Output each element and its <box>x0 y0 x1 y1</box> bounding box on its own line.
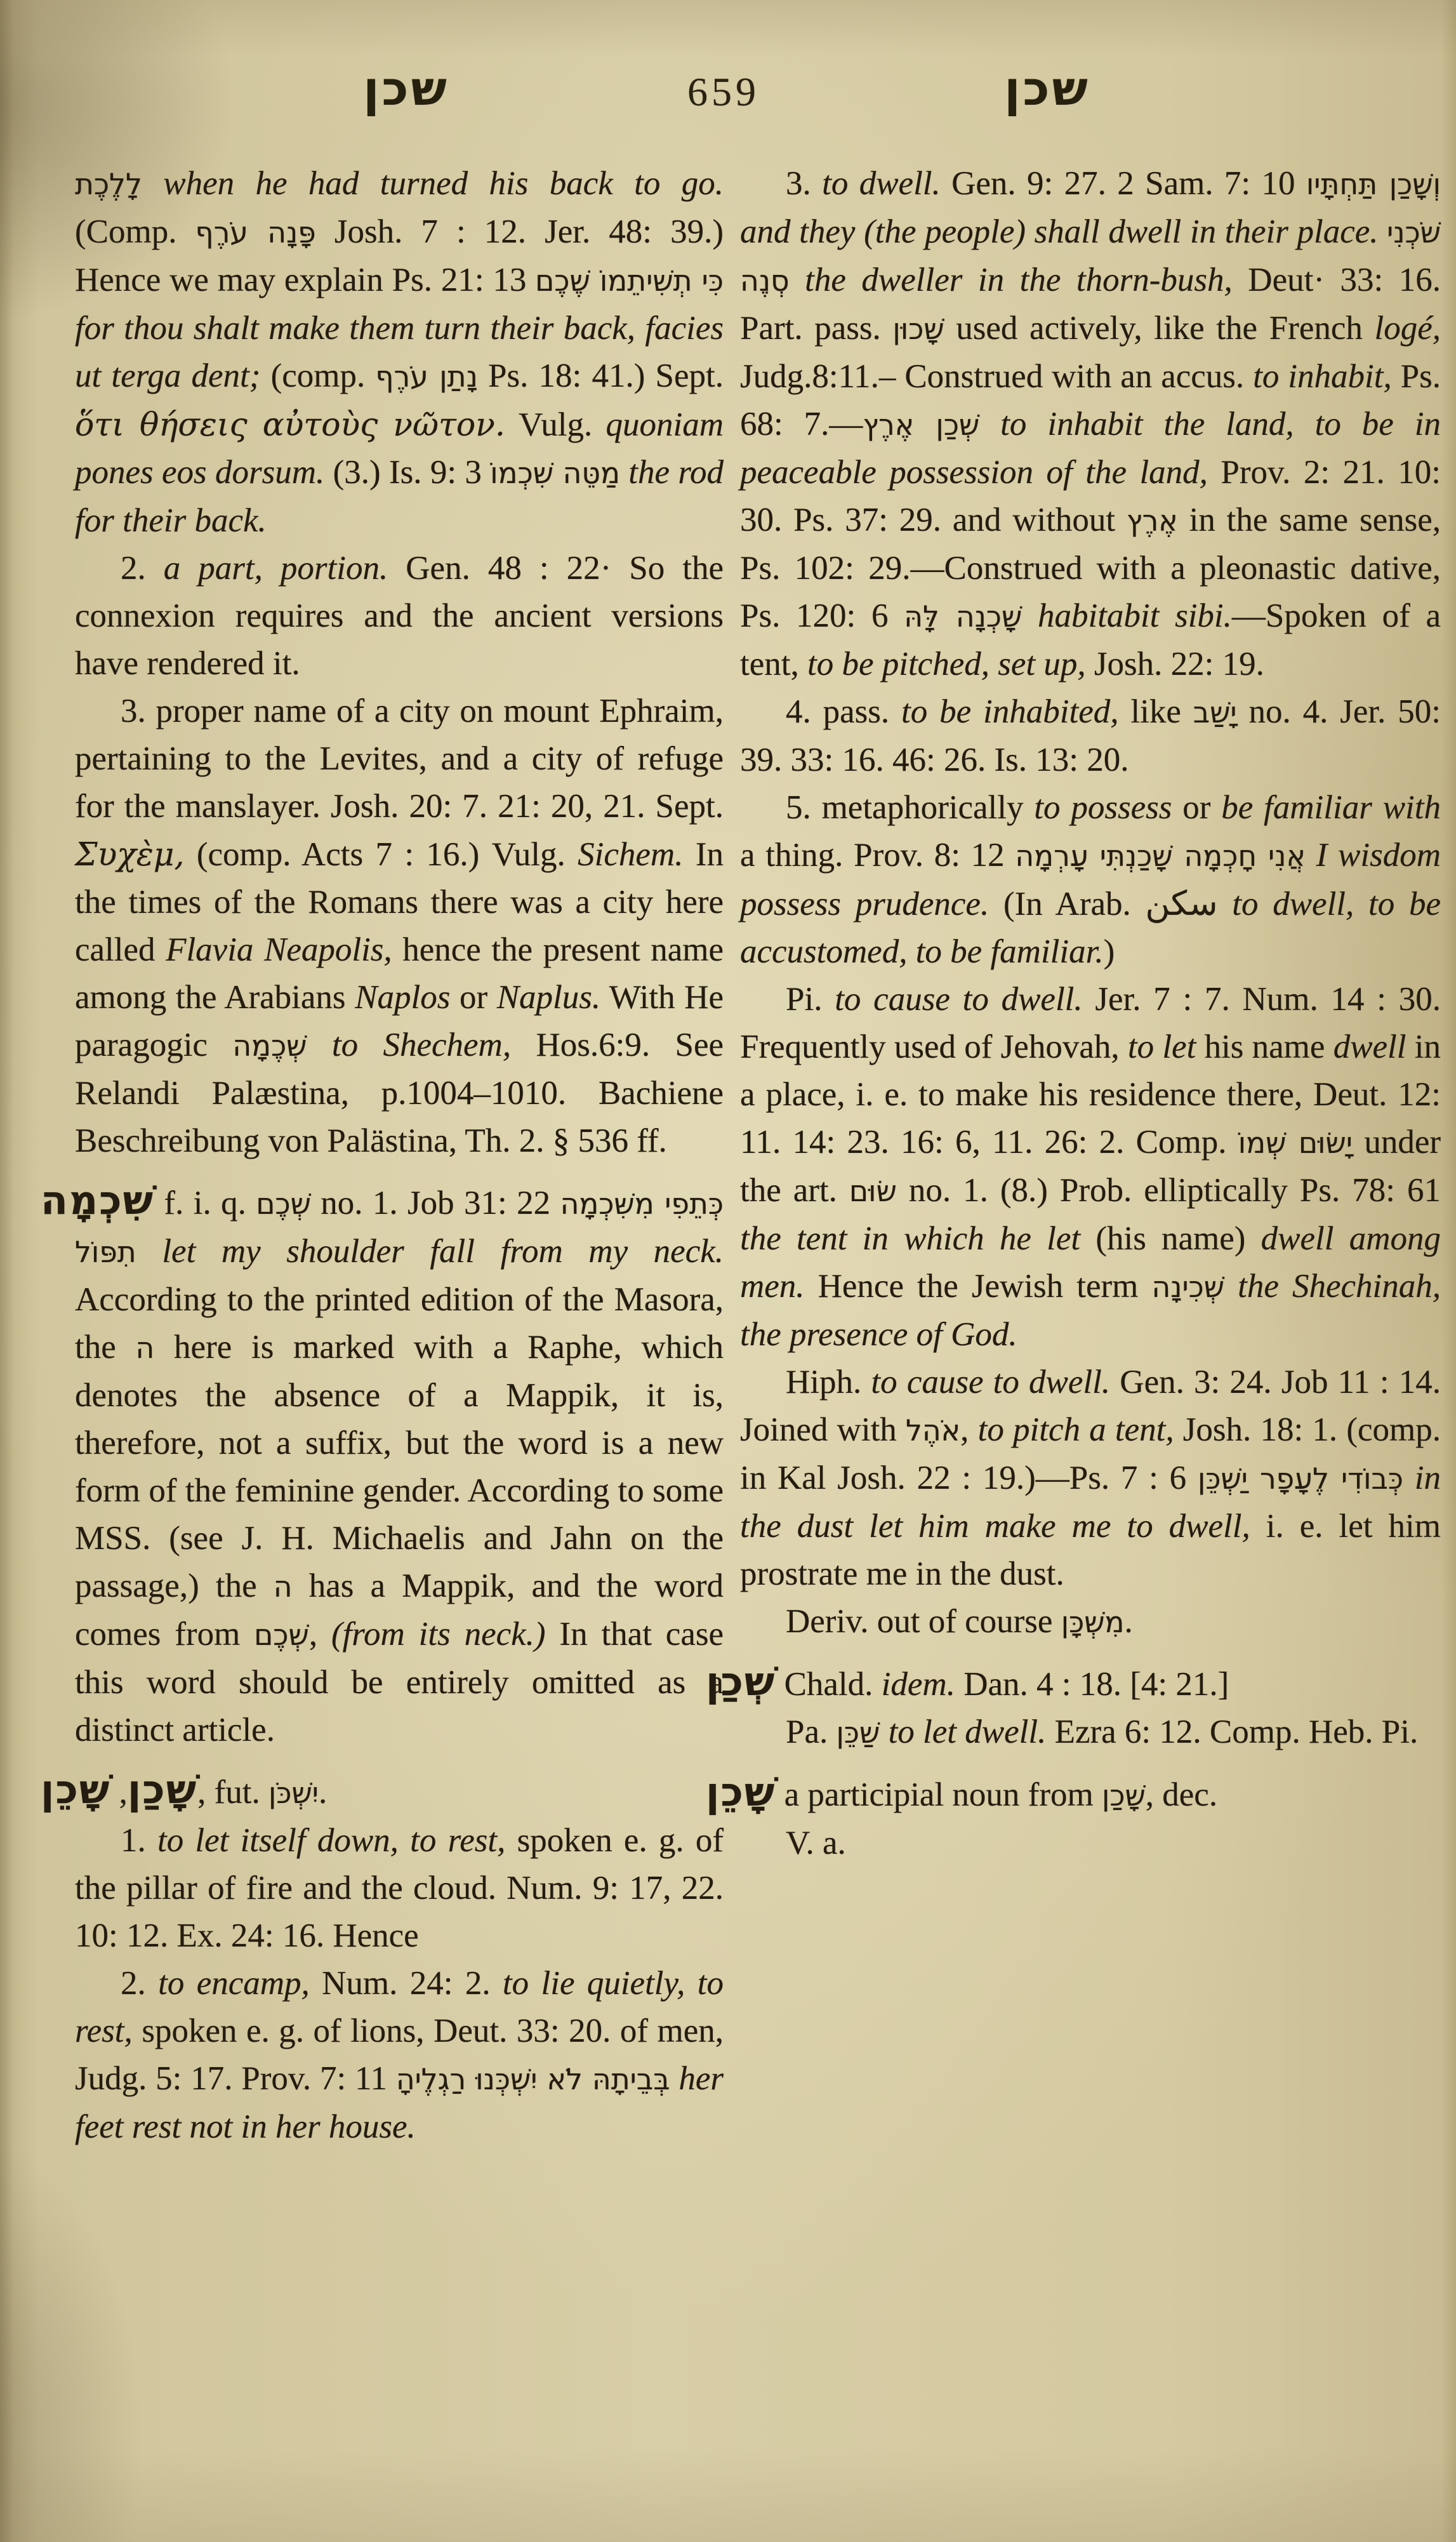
left-column: לָלֶכֶת when he had turned his back to g… <box>75 160 724 2151</box>
text-run: (In Arab. <box>989 886 1145 922</box>
continuation-shekem-sense1: לָלֶכֶת when he had turned his back to g… <box>75 160 724 545</box>
text-run: (comp. Acts 7 : 16.) Vulg. <box>184 836 578 873</box>
shakan-hiphil: Hiph. to cause to dwell. Gen. 3: 24. Job… <box>740 1359 1441 1598</box>
text-run: (3.) Is. 9: 3 <box>324 454 490 491</box>
italic-text: let my shoulder fall from my neck. <box>136 1233 724 1270</box>
hebrew-text: שְׁכַן אֶרֶץ <box>863 408 979 442</box>
text-run: his name <box>1196 1028 1333 1065</box>
text-run: (his name) <box>1080 1220 1261 1257</box>
shakan-deriv: Deriv. out of course מִשְׁכָּן. <box>740 1598 1441 1646</box>
italic-text: a part, portion. <box>164 550 388 587</box>
shekan-pael: Pa. שַׁכֵּן to let dwell. Ezra 6: 12. Co… <box>740 1708 1441 1757</box>
text-run: , <box>110 1774 128 1811</box>
italic-text: logé, <box>1375 310 1441 347</box>
text-run: or <box>1172 789 1221 826</box>
hebrew-text: שָׁכַן <box>128 1766 197 1813</box>
hebrew-text: שָׁכוּן <box>892 312 944 346</box>
text-run: 2. <box>121 550 164 587</box>
text-run: a thing. Prov. 8: 12 <box>740 837 1015 874</box>
text-run: , <box>309 1616 331 1653</box>
italic-text: to cause to dwell. <box>871 1364 1110 1401</box>
sense-3-city-shechem: 3. proper name of a city on mount Ephrai… <box>75 688 724 1165</box>
text-run: 4. pass. <box>786 693 901 730</box>
right-column: 3. to dwell. Gen. 9: 27. 2 Sam. 7: 10 וְ… <box>740 160 1441 1867</box>
greek-text: Συχὲμ, <box>75 835 184 873</box>
italic-text: dwell <box>1334 1028 1406 1065</box>
text-run: Chald. <box>776 1666 881 1703</box>
hebrew-text: יָשַׁב <box>1193 696 1237 729</box>
text-run: (comp. <box>271 357 376 394</box>
hebrew-text: שַׁכֵּן <box>837 1716 880 1750</box>
italic-text: to be pitched, set up, <box>807 646 1086 682</box>
text-run: Ezra 6: 12. Comp. Heb. Pi. <box>1046 1714 1418 1750</box>
italic-text: Flavia Neapolis, <box>166 931 392 968</box>
text-run: 5. metaphorically <box>786 789 1034 826</box>
italic-text: to cause to dwell. <box>835 981 1082 1018</box>
shakan-sense-1: 1. to let itself down, to rest, spoken e… <box>75 1817 724 1960</box>
hebrew-text: נָתַן עֹרֶף <box>375 360 477 394</box>
italic-text: to let dwell. <box>880 1714 1046 1750</box>
text-run: no. 1. Job 31: 22 <box>311 1185 560 1221</box>
text-run: 2. <box>121 1965 158 2002</box>
italic-text: Naplus. <box>497 979 600 1016</box>
italic-text: the dweller in the thorn-bush, <box>790 262 1233 298</box>
hebrew-text: כְּבוֹדִי לֶעָפָר יַשְׁכֵּן <box>1198 1462 1403 1496</box>
lexicon-page: שכן 659 שכן לָלֶכֶת when he had turned h… <box>0 0 1456 2542</box>
hebrew-text: לָלֶכֶת <box>75 168 142 201</box>
shakan-piel: Pi. to cause to dwell. Jer. 7 : 7. Num. … <box>740 976 1441 1359</box>
text-run: a participial noun from <box>776 1776 1102 1813</box>
italic-text: when he had turned his back to go. <box>142 165 724 202</box>
hebrew-text: בְּבֵיתָהּ לֹא יִשְׁכְּנוּ רַגְלֶיהָ <box>396 2063 670 2096</box>
italic-text: to possess <box>1034 789 1172 826</box>
text-run: f. i. q. <box>154 1185 256 1221</box>
sense-2-a-part: 2. a part, portion. Gen. 48 : 22· So the… <box>75 545 724 688</box>
text-run: used actively, like the French <box>944 310 1375 347</box>
italic-text: to let itself down, to rest, <box>157 1822 505 1859</box>
italic-text: Sichem. <box>578 836 683 873</box>
text-run: Ps. 18: 41.) Sept. <box>478 357 724 394</box>
italic-text: to encamp, <box>158 1965 310 2002</box>
hebrew-text: שְׁכֶם <box>256 1187 311 1221</box>
italic-text: and they (the people) shall dwell in the… <box>740 213 1387 250</box>
text-run: , fut. <box>197 1774 268 1811</box>
italic-text: habitabit sibi. <box>1022 597 1232 634</box>
text-run: or <box>450 979 496 1016</box>
hebrew-text: כִּי תְשִׁיתֵמוֹ שֶׁכֶם <box>535 264 724 298</box>
italic-text: (from its neck.) <box>331 1616 546 1653</box>
text-run: like <box>1119 693 1193 730</box>
entry-shikmah: שִׁכְמָה f. i. q. שְׁכֶם no. 1. Job 31: … <box>75 1176 724 1754</box>
left-guide-word: שכן <box>273 61 539 117</box>
text-run: Hiph. <box>786 1364 871 1401</box>
text-run: here is marked with a Raphe, which denot… <box>75 1329 724 1604</box>
text-run: V. a. <box>786 1825 846 1861</box>
text-run: Num. 24: 2. <box>310 1965 503 2002</box>
arabic-text: سكن <box>1145 884 1217 923</box>
hebrew-text: יָשׂוּם שְׁמוֹ <box>1238 1126 1353 1160</box>
text-run: 3. <box>786 165 822 202</box>
text-run: Judg.8:11.– Construed with an accus. <box>740 358 1253 395</box>
shakan-sense-3: 3. to dwell. Gen. 9: 27. 2 Sam. 7: 10 וְ… <box>740 160 1441 688</box>
hebrew-text: וְשָׁכַן תַּחְתָּיו <box>1306 168 1441 201</box>
hebrew-text: שָׁכֵן <box>706 1769 776 1815</box>
hebrew-text: שָׁכַן <box>1102 1779 1146 1813</box>
entry-shakan-headline: שָׁכַן, שָׁכֵן, fut. יִשְׁכֹּן. <box>75 1766 724 1817</box>
hebrew-text: מִשְׁכָּן <box>1061 1606 1125 1639</box>
italic-text: to be inhabited, <box>901 693 1118 730</box>
shakan-sense-2: 2. to encamp, Num. 24: 2. to lie quietly… <box>75 1960 724 2151</box>
hebrew-text: ה <box>136 1331 155 1365</box>
text-run: Dan. 4 : 18. [4: 21.] <box>955 1666 1229 1703</box>
text-run: Vulg. <box>505 406 606 443</box>
page-number: 659 <box>654 69 793 116</box>
italic-text: to Shechem, <box>307 1027 511 1063</box>
shakan-sense-4: 4. pass. to be inhabited, like יָשַׁב no… <box>740 688 1441 784</box>
text-run: Gen. 9: 27. 2 Sam. 7: 10 <box>941 165 1306 202</box>
text-run: . <box>319 1774 327 1811</box>
text-run: , dec. <box>1146 1776 1217 1813</box>
text-run: ) <box>1104 933 1115 970</box>
hebrew-text: אֶרֶץ <box>1127 504 1178 538</box>
text-run: 3. proper name of a city on mount Ephrai… <box>75 693 724 825</box>
hebrew-text: שָׁכְנָה לָּהּ <box>904 600 1022 634</box>
italic-text: idem. <box>882 1666 955 1703</box>
text-run: , <box>960 1411 977 1448</box>
hebrew-text: שׂוּם <box>849 1175 897 1208</box>
hebrew-text: פָּנָה עֹרֶף <box>195 216 316 250</box>
text-run: Pa. <box>786 1714 837 1750</box>
right-guide-word: שכן <box>914 61 1181 117</box>
text-run: 1. <box>121 1822 157 1859</box>
text-run: Josh. 22: 19. <box>1086 646 1264 682</box>
italic-text: to dwell. <box>822 165 941 202</box>
hebrew-text: שְׁכֶמָה <box>232 1029 307 1063</box>
shakan-sense-5: 5. metaphorically to possess or be famil… <box>740 784 1441 976</box>
hebrew-text: שְׁכֶם <box>254 1618 309 1652</box>
entry-shekan-chald: שְׁכַן Chald. idem. Dan. 4 : 18. [4: 21.… <box>740 1658 1441 1708</box>
text-run: Deriv. out of course <box>786 1603 1061 1640</box>
hebrew-text: אֹהֶל <box>906 1414 960 1447</box>
hebrew-text: אֲנִי חָכְמָה שָׁכַנְתִּי עָרְמָה <box>1015 839 1306 873</box>
italic-text: to let <box>1128 1028 1196 1065</box>
text-run: Pi. <box>786 981 835 1018</box>
italic-text: to pitch a tent, <box>978 1411 1174 1448</box>
hebrew-text: ה <box>274 1570 293 1604</box>
text-run: no. 1. (8.) Prob. elliptically Ps. 78: 6… <box>897 1172 1441 1209</box>
hebrew-text: שָׁכֵן <box>41 1766 110 1813</box>
entry-shaken-noun: שָׁכֵן a participial noun from שָׁכַן, d… <box>740 1768 1441 1820</box>
hebrew-text: יִשְׁכֹּן <box>268 1776 319 1810</box>
text-run: . <box>1124 1603 1132 1640</box>
hebrew-text: שְׁכַן <box>706 1658 776 1705</box>
italic-text: Naplos <box>355 979 450 1016</box>
hebrew-text: שְׁכִינָה <box>1151 1270 1224 1304</box>
catchword: V. a. <box>740 1820 1441 1867</box>
text-run: (Comp. <box>75 213 195 250</box>
text-run: Hence the Jewish term <box>805 1268 1152 1305</box>
hebrew-text: מַטֵּה שִׁכְמוֹ <box>490 456 620 490</box>
hebrew-text: שִׁכְמָה <box>41 1177 154 1223</box>
italic-text: be familiar with <box>1221 789 1441 826</box>
italic-text: the tent in which he let <box>740 1220 1080 1257</box>
italic-text: to inhabit, <box>1253 358 1392 395</box>
greek-text: ὅτι θήσεις αὐτοὺς νῶτον. <box>75 406 505 443</box>
